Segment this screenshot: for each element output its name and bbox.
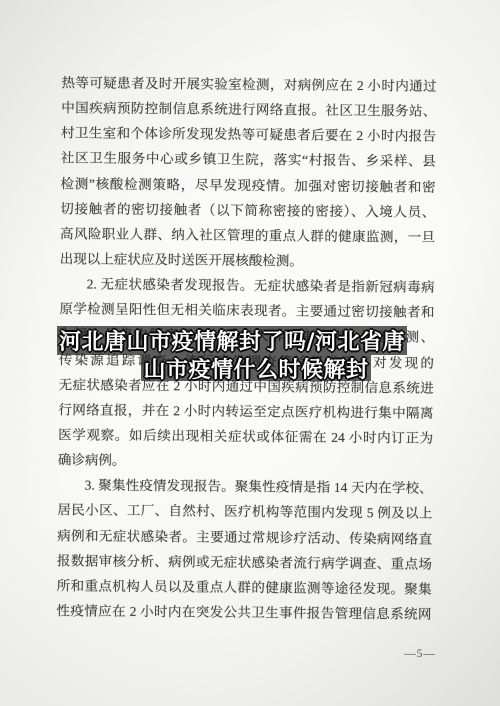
overlay-title-line-2: 山市疫情什么时候解封: [141, 355, 371, 381]
body-line: 高风险职业人群、纳入社区管理的重点人群的健康监测，一旦: [60, 221, 435, 250]
body-line: 出现以上症状应及时送医开展核酸检测。: [60, 246, 435, 275]
overlay-title-line-1: 河北唐山市疫情解封了吗/河北省唐: [57, 326, 407, 355]
body-line: 检测”核酸检测策略，尽早发现疫情。加强对密切接触者和密: [60, 171, 435, 200]
body-line: 医学观察。如后续出现相关症状或体征需在 24 小时内订正为: [58, 422, 433, 451]
body-line: 切接触者的密切接触者（以下简称密接的密接）、入境人员、: [60, 196, 435, 225]
body-line: 病例和无症状感染者。主要通过常规诊疗活动、传染病网络直: [57, 523, 432, 552]
body-line: 原学检测呈阳性但无相关临床表现者。主要通过密切接触者和: [59, 296, 434, 325]
body-line: 热等可疑患者及时开展实验室检测，对病例应在 2 小时内通过: [61, 70, 436, 99]
body-line: 报数据审核分析、病例或无症状感染者流行病学调查、重点场: [57, 548, 432, 577]
body-line: 3. 聚集性疫情发现报告。聚集性疫情是指 14 天内在学校、: [58, 472, 433, 501]
body-line: 确诊病例。: [58, 447, 433, 476]
body-line: 性疫情应在 2 小时内在突发公共卫生事件报告管理信息系统网: [56, 598, 431, 627]
page-number: —5—: [396, 648, 444, 660]
body-line: 中国疾病预防控制信息系统进行网络直报。社区卫生服务站、: [61, 95, 436, 124]
body-line: 所和重点机构人员以及重点人群的健康监测等途径发现。聚集: [57, 573, 432, 602]
body-line: 居民小区、工厂、自然村、医疗机构等范围内发现 5 例及以上: [57, 498, 432, 527]
body-line: 2. 无症状感染者发现报告。无症状感染者是指新冠病毒病: [59, 271, 434, 300]
body-line: 村卫生室和个体诊所发现发热等可疑患者后要在 2 小时内报告: [61, 120, 436, 149]
body-line: 行网络直报，并在 2 小时内转运至定点医疗机构进行集中隔离: [58, 397, 433, 426]
body-line: 社区卫生服务中心或乡镇卫生院，落实“村报告、乡采样、县: [61, 146, 436, 175]
